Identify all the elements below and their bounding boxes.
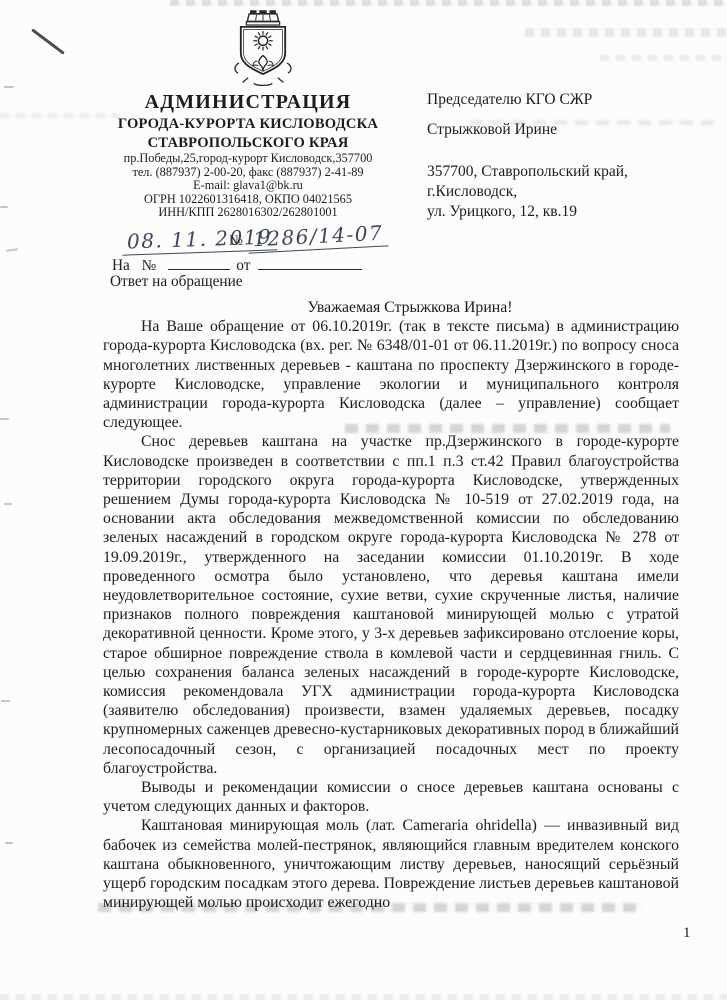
sender-phone: тел. (887937) 2-00-20, факс (887937) 2-4… xyxy=(92,166,404,180)
recipient-postcode-region: 357700, Ставропольский край, xyxy=(427,162,712,182)
scan-speck xyxy=(0,418,9,420)
from-label: от xyxy=(236,257,250,274)
sender-address: пр.Победы,25,город-курорт Кисловодск,357… xyxy=(92,152,404,166)
body-paragraph: На Ваше обращение от 06.10.2019г. (так в… xyxy=(103,317,679,432)
body-paragraph: Снос деревьев каштана на участке пр.Дзер… xyxy=(103,432,679,778)
blank-underline xyxy=(168,256,230,270)
recipient-block: Председателю КГО СЖР Стрыжковой Ирине 35… xyxy=(427,91,712,222)
sender-block: АДМИНИСТРАЦИЯ ГОРОДА-КУРОРТА КИСЛОВОДСКА… xyxy=(92,91,404,220)
recipient-street: ул. Урицкого, 12, кв.19 xyxy=(427,202,712,222)
scan-streak xyxy=(0,994,727,1000)
scan-speck xyxy=(5,842,13,844)
page-number: 1 xyxy=(683,925,691,942)
sender-ogrn: ОГРН 1022601316418, ОКПО 04021565 xyxy=(92,193,404,207)
recipient-city: г.Кисловодск, xyxy=(427,182,712,202)
scan-speck xyxy=(4,86,14,88)
body-paragraph: Выводы и рекомендации комиссии о сносе д… xyxy=(103,778,679,816)
sender-org-city: ГОРОДА-КУРОРТА КИСЛОВОДСКА xyxy=(92,116,404,133)
scan-speck xyxy=(4,503,12,505)
scan-streak xyxy=(170,0,727,6)
scan-speck xyxy=(1,700,10,702)
reply-to-label: На № xyxy=(112,257,156,274)
scan-speck xyxy=(6,248,18,252)
recipient-name: Стрыжковой Ирине xyxy=(427,121,712,139)
recipient-title: Председателю КГО СЖР xyxy=(427,91,712,109)
scan-streak xyxy=(600,55,727,61)
letter-subject: Ответ на обращение xyxy=(110,273,243,291)
sender-email: E-mail: glava1@bk.ru xyxy=(92,179,404,193)
number-sign: № xyxy=(229,233,243,250)
letter-body: Уважаемая Стрыжкова Ирина! На Ваше обращ… xyxy=(103,298,679,913)
scanned-letter-page: АДМИНИСТРАЦИЯ ГОРОДА-КУРОРТА КИСЛОВОДСКА… xyxy=(0,0,727,1000)
scan-speck xyxy=(0,206,8,208)
sender-org-name: АДМИНИСТРАЦИЯ xyxy=(92,91,404,114)
pen-check-mark xyxy=(31,28,65,54)
salutation: Уважаемая Стрыжкова Ирина! xyxy=(103,298,679,317)
kislovodsk-coat-of-arms-icon xyxy=(226,9,300,91)
sender-inn: ИНН/КПП 2628016302/262801001 xyxy=(92,206,404,220)
sender-org-region: СТАВРОПОЛЬСКОГО КРАЯ xyxy=(92,135,404,152)
blank-underline xyxy=(258,256,362,270)
scan-streak xyxy=(525,28,727,37)
body-paragraph: Каштановая минирующая моль (лат. Camerar… xyxy=(103,816,679,912)
